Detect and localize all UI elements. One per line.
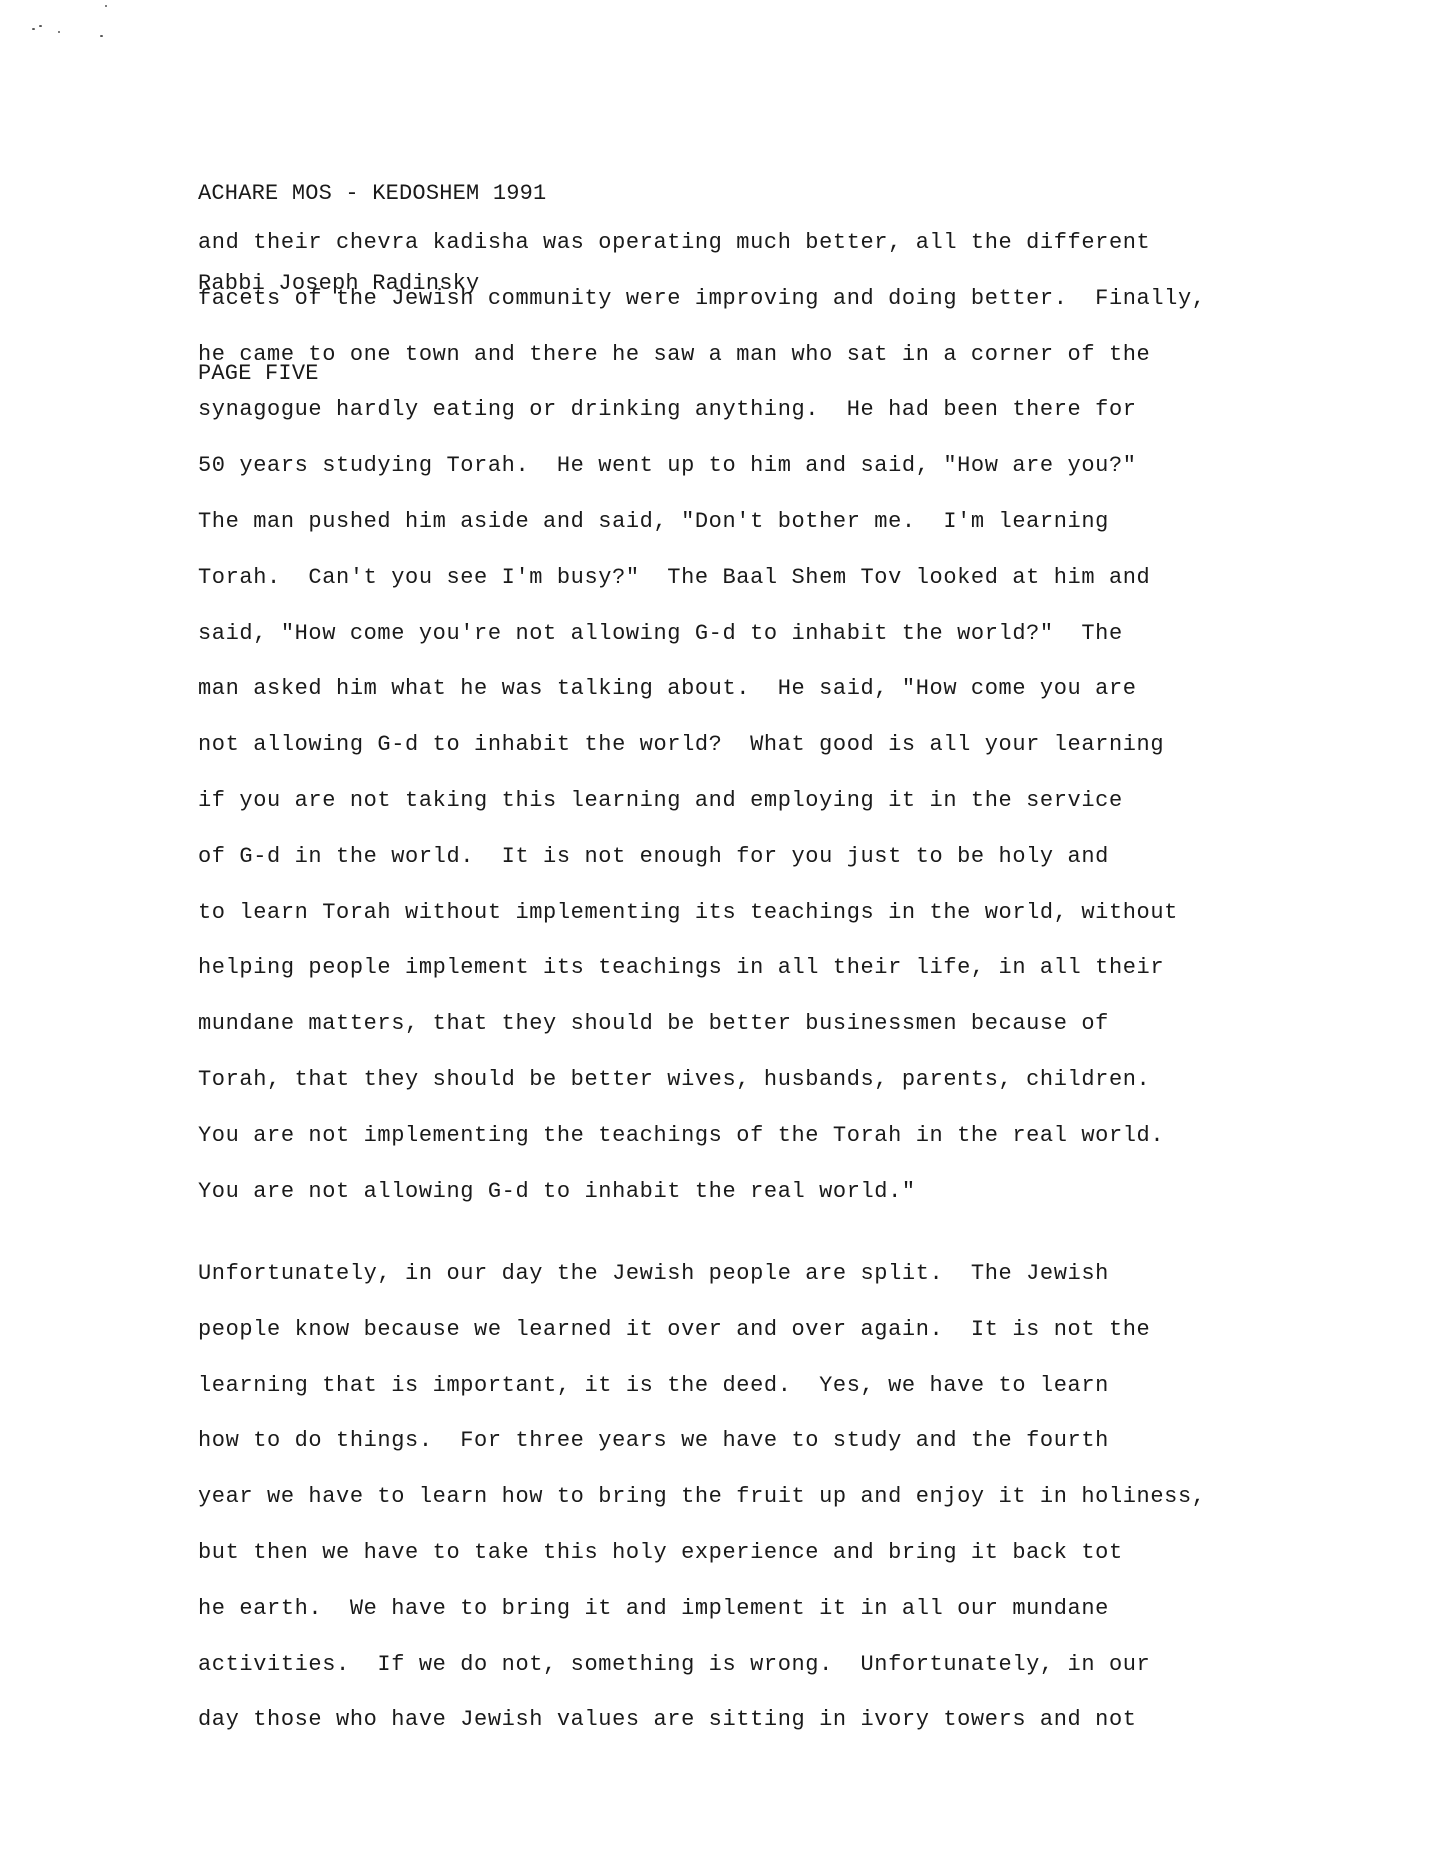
text-line: day those who have Jewish values are sit… [198,1705,1206,1761]
text-line: year we have to learn how to bring the f… [198,1482,1206,1538]
text-line: helping people implement its teachings i… [198,953,1206,1009]
text-line: facets of the Jewish community were impr… [198,284,1206,340]
text-line: of G-d in the world. It is not enough fo… [198,842,1206,898]
text-line: he earth. We have to bring it and implem… [198,1594,1206,1650]
scan-artifact [58,31,60,33]
paragraph: and their chevra kadisha was operating m… [198,228,1206,1232]
text-line: The man pushed him aside and said, "Don'… [198,507,1206,563]
text-line: he came to one town and there he saw a m… [198,340,1206,396]
text-line: if you are not taking this learning and … [198,786,1206,842]
text-line: synagogue hardly eating or drinking anyt… [198,395,1206,451]
text-line: Unfortunately, in our day the Jewish peo… [198,1259,1206,1315]
text-line: learning that is important, it is the de… [198,1371,1206,1427]
document-page: ACHARE MOS - KEDOSHEM 1991 Rabbi Joseph … [0,0,1430,1851]
scan-artifact [32,28,35,30]
text-line: people know because we learned it over a… [198,1315,1206,1371]
scan-artifact [105,5,107,7]
text-line: Torah. Can't you see I'm busy?" The Baal… [198,563,1206,619]
text-line: not allowing G-d to inhabit the world? W… [198,730,1206,786]
paragraph: Unfortunately, in our day the Jewish peo… [198,1259,1206,1761]
text-line: mundane matters, that they should be bet… [198,1009,1206,1065]
text-line: but then we have to take this holy exper… [198,1538,1206,1594]
text-line: 50 years studying Torah. He went up to h… [198,451,1206,507]
text-line: You are not allowing G-d to inhabit the … [198,1177,1206,1233]
document-title: ACHARE MOS - KEDOSHEM 1991 [198,179,546,209]
text-line: to learn Torah without implementing its … [198,898,1206,954]
text-line: man asked him what he was talking about.… [198,674,1206,730]
text-line: and their chevra kadisha was operating m… [198,228,1206,284]
text-line: activities. If we do not, something is w… [198,1650,1206,1706]
text-line: said, "How come you're not allowing G-d … [198,619,1206,675]
text-line: how to do things. For three years we hav… [198,1426,1206,1482]
text-line: You are not implementing the teachings o… [198,1121,1206,1177]
scan-artifact [100,35,103,37]
scan-artifact [39,25,42,27]
text-line: Torah, that they should be better wives,… [198,1065,1206,1121]
